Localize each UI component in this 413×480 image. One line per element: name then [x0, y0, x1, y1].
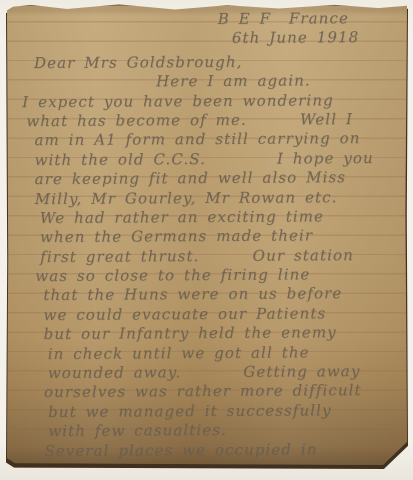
letter-line: was so close to the firing line [35, 265, 407, 287]
letter-line: first great thrust. Our station [40, 245, 407, 267]
letter-line: Here I am again. [156, 71, 406, 92]
letter-line: ourselves was rather more difficult [44, 381, 408, 403]
letter-line: am in A1 form and still carrying on [34, 129, 406, 151]
letter-line: with the old C.C.S. I hope you [34, 149, 406, 171]
letter-line: that the Huns were on us before [43, 284, 407, 306]
letter-line: when the Germans made their [40, 226, 407, 248]
letter-line: we could evacuate our Patients [43, 304, 407, 326]
letter-line: are keeping fit and well also Miss [35, 168, 407, 190]
letter-date: 6th June 1918 [232, 28, 406, 48]
letter-line: Milly, Mr Gourley, Mr Rowan etc. [35, 187, 407, 209]
letter-line: Several places we occupied in [44, 439, 408, 461]
letter-body-lines: Here I am again.I expect you have been w… [6, 71, 408, 461]
letter-line: wounded away. Getting away [48, 362, 408, 384]
letter-body: B E F France 6th June 1918 Dear Mrs Gold… [6, 9, 409, 461]
letter-scan: B E F France 6th June 1918 Dear Mrs Gold… [0, 0, 413, 480]
letter-line: but our Infantry held the enemy [44, 323, 408, 345]
letter-line: what has become of me. Well I [26, 110, 406, 132]
letter-salutation: Dear Mrs Goldsbrough, [34, 52, 406, 74]
letter-line: We had rather an exciting time [40, 207, 407, 229]
letter-line: but we managed it successfully [48, 401, 408, 423]
letter-origin: B E F France [218, 9, 406, 30]
letter-line: with few casualties. [48, 420, 408, 442]
letter-paper: B E F France 6th June 1918 Dear Mrs Gold… [7, 3, 407, 465]
letter-line: in check until we got all the [48, 342, 408, 364]
letter-line: I expect you have been wondering [22, 90, 406, 112]
